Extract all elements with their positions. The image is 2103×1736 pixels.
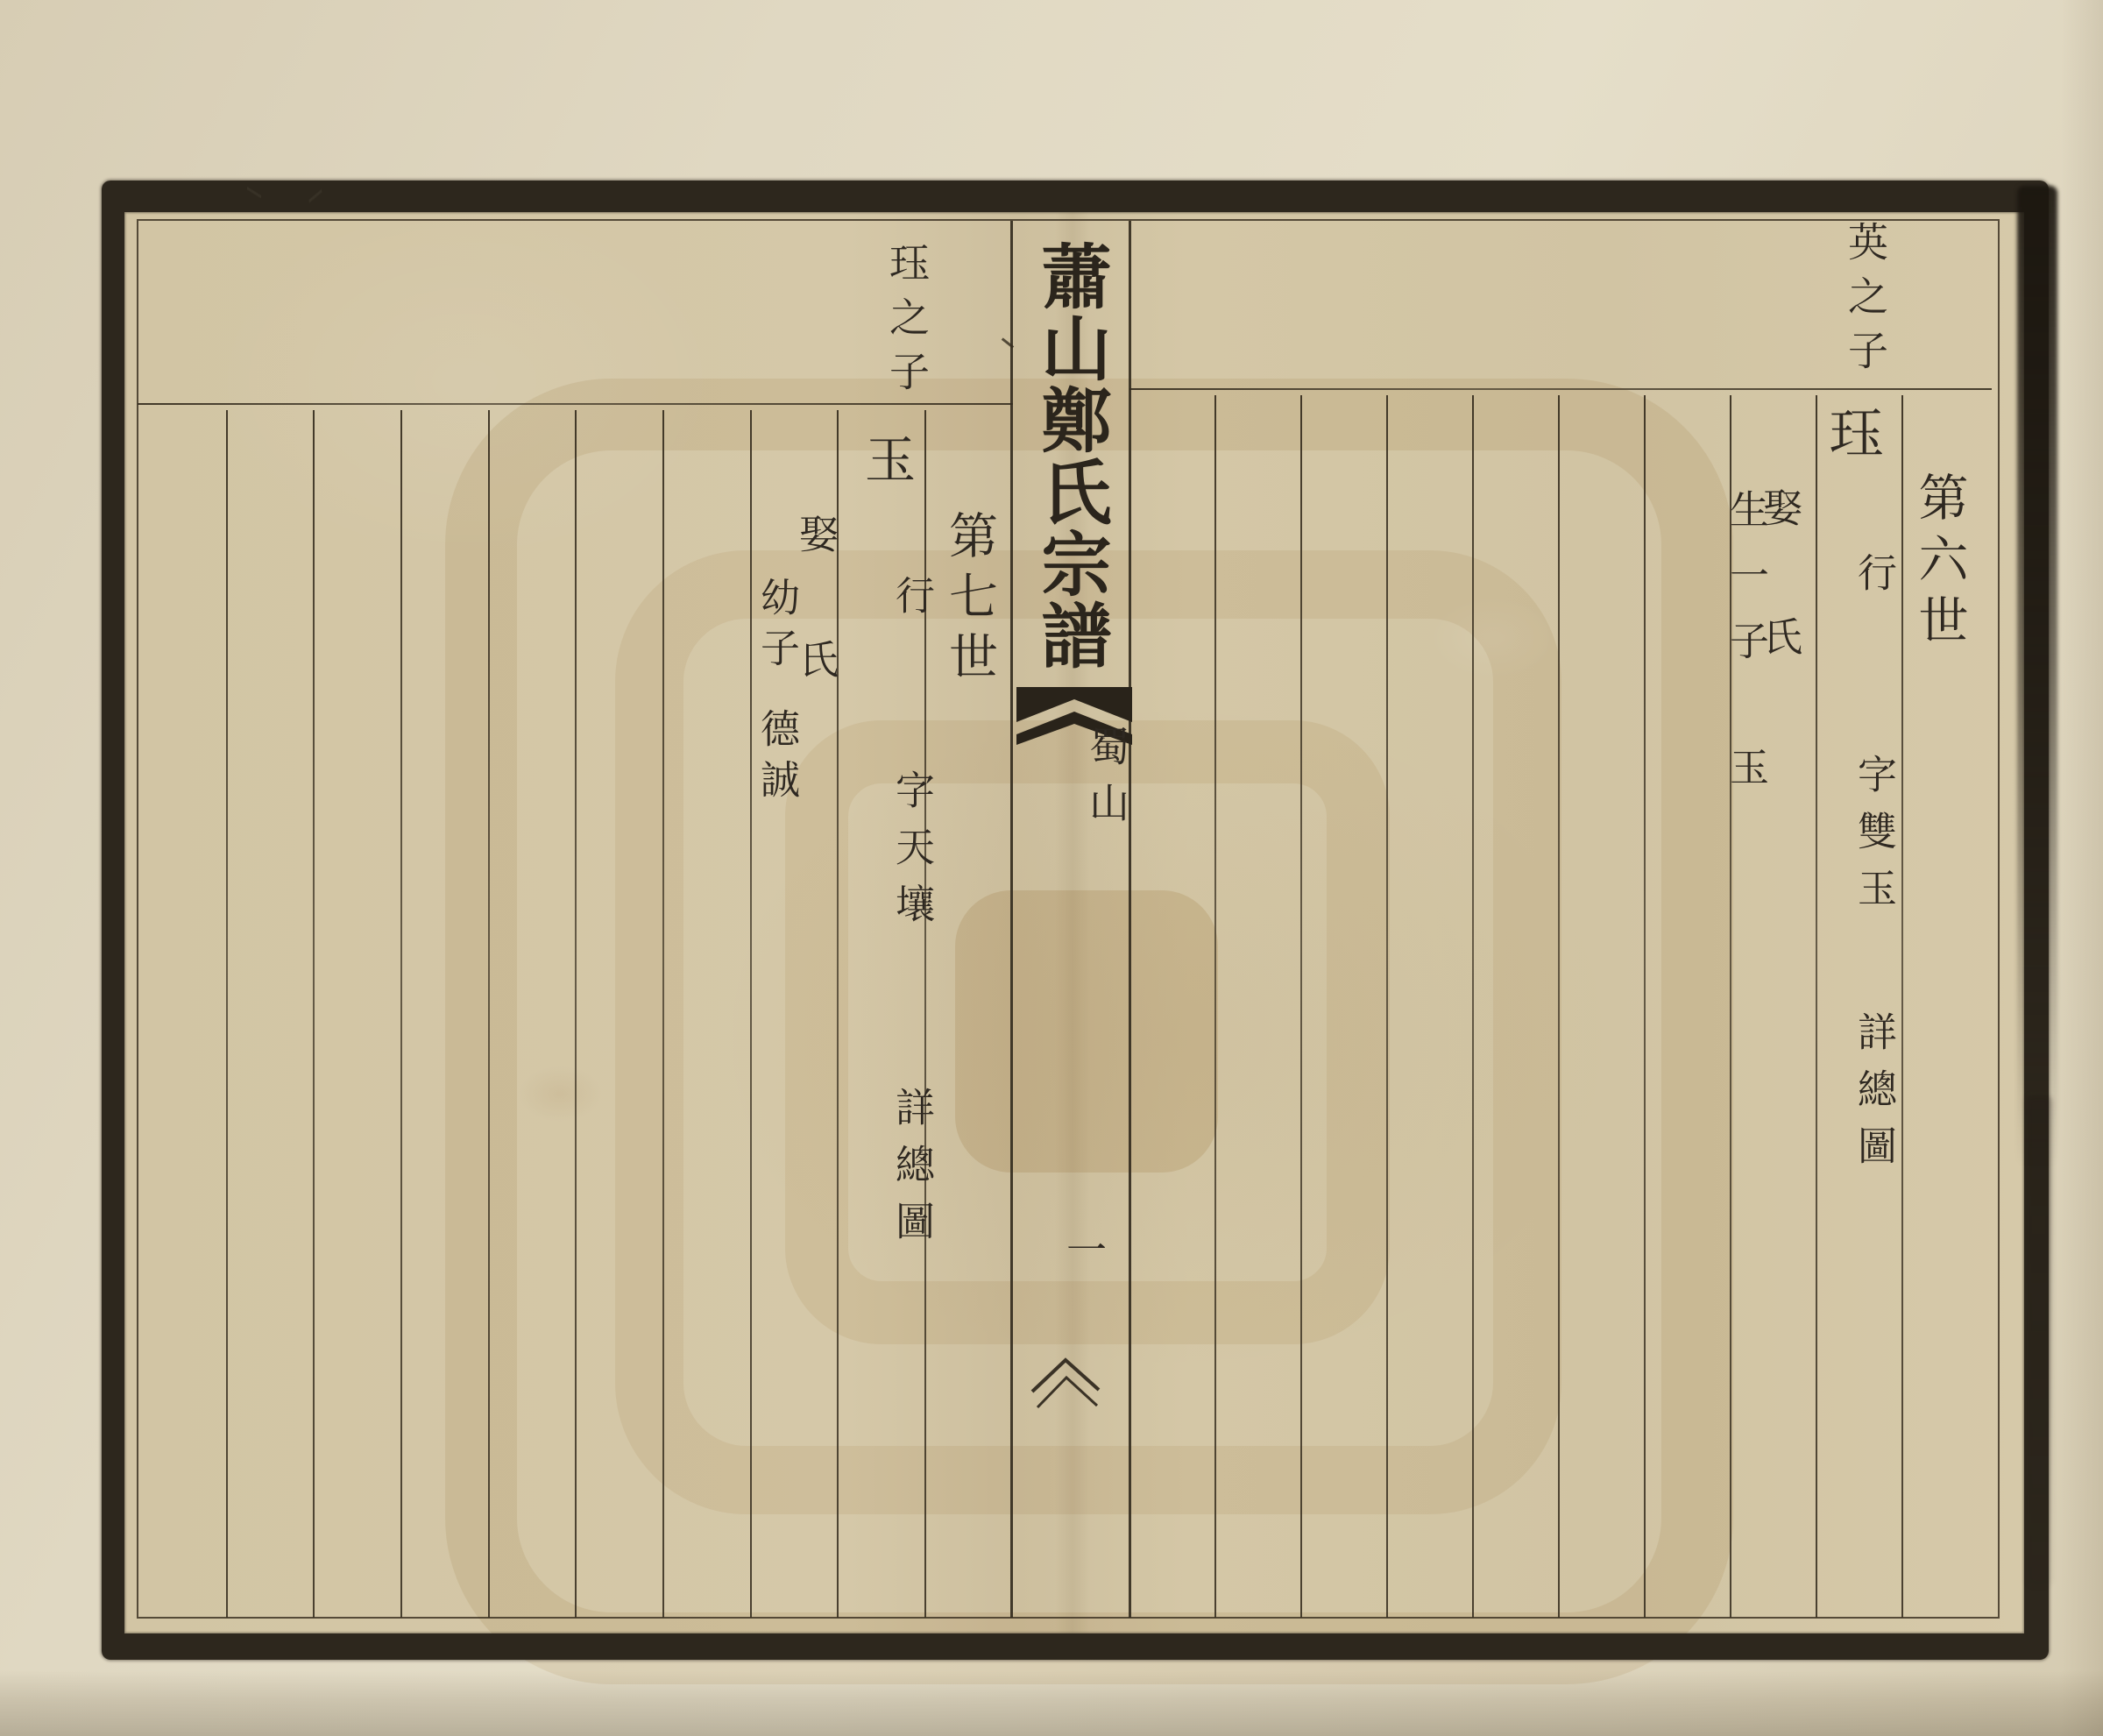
left-entry-children-label: 幼子 (757, 577, 797, 678)
column-rule (1214, 395, 1216, 1618)
column-rule (1644, 395, 1646, 1618)
scanned-genealogy-spread: 蕭山鄭氏宗譜 蜀山 一 英之子 第六世 珏 行 字雙玉 詳總圖 娶氏 生一子 玉… (0, 0, 2103, 1736)
spine-right-rule (1129, 221, 1131, 1618)
right-page-header: 英之子 (1845, 221, 1886, 384)
book-fore-edge-shadow (2017, 186, 2057, 1167)
column-rule (1386, 395, 1388, 1618)
book-title: 蕭山鄭氏宗譜 (1036, 240, 1106, 671)
volume-label: 蜀山 (1087, 726, 1127, 838)
column-rule (1300, 395, 1302, 1618)
left-page-grid-top-rule (138, 403, 1013, 405)
column-rule (662, 410, 664, 1618)
left-entry-note: 詳總圖 (892, 1087, 931, 1258)
column-rule (1901, 395, 1903, 1618)
column-rule (488, 410, 490, 1618)
left-entry-child-name: 德誠 (757, 708, 797, 810)
left-entry-courtesy-name: 字天壤 (892, 769, 931, 940)
pencil-mark (307, 185, 323, 208)
right-entry-note: 詳總圖 (1854, 1011, 1894, 1182)
right-generation-heading: 第六世 (1914, 471, 1964, 655)
spine-left-rule (1010, 221, 1013, 1618)
pencil-mark (247, 182, 261, 203)
left-entry-rank-label: 行 (892, 575, 931, 614)
column-rule (575, 410, 577, 1618)
book-fore-edge-shadow-lower (2026, 1095, 2052, 1586)
column-rule (400, 410, 402, 1618)
fishtail-chevron-icon (1030, 1357, 1101, 1413)
column-rule (313, 410, 315, 1618)
right-entry-rank-label: 行 (1854, 552, 1894, 592)
column-rule (1558, 395, 1560, 1618)
right-entry-courtesy-name: 字雙玉 (1854, 754, 1894, 925)
scan-bottom-shadow (0, 1670, 2103, 1736)
left-generation-heading: 第七世 (945, 510, 994, 691)
page-number: 一 (1064, 1229, 1104, 1269)
scan-right-edge (2061, 0, 2103, 1736)
column-rule (1472, 395, 1474, 1618)
left-page-header: 珏之子 (887, 242, 927, 405)
left-entry-marriage: 娶氏 (796, 514, 835, 764)
column-rule (750, 410, 752, 1618)
right-entry-children-label: 生一子 (1726, 489, 1766, 686)
column-rule (1816, 395, 1817, 1618)
right-entry-name: 珏 (1824, 405, 1879, 459)
left-entry-name: 玉 (860, 433, 911, 484)
column-rule (226, 410, 228, 1618)
right-page-grid-top-rule (1129, 388, 1992, 390)
right-entry-child-name: 玉 (1726, 747, 1766, 786)
